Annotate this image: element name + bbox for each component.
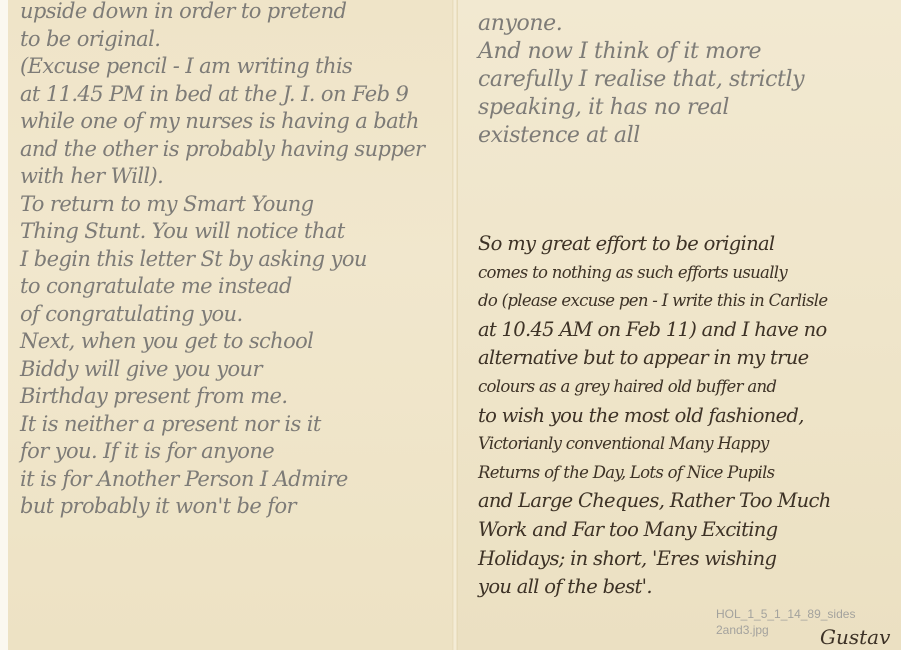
text-line: (Excuse pencil - I am writing this [20, 53, 424, 81]
watermark-line-1: HOL_1_5_1_14_89_sides [716, 606, 855, 622]
text-line: you all of the best'. [478, 573, 831, 602]
text-line: at 10.45 AM on Feb 11) and I have no [478, 316, 831, 345]
text-line: Next, when you get to school [20, 328, 424, 356]
text-line: to be original. [20, 26, 424, 54]
right-page-pencil-text: anyone. And now I think of it more caref… [478, 10, 804, 150]
text-line: speaking, it has no real [478, 94, 804, 122]
text-line: I begin this letter St by asking you [20, 246, 424, 274]
right-page-ink-text: So my great effort to be original comes … [478, 230, 831, 602]
text-line: while one of my nurses is having a bath [20, 108, 424, 136]
text-line: do (please excuse pen - I write this in … [478, 287, 831, 316]
text-line: Returns of the Day, Lots of Nice Pupils [478, 459, 831, 488]
text-line: It is neither a present nor is it [20, 411, 424, 439]
text-line: So my great effort to be original [478, 230, 831, 259]
text-line: alternative but to appear in my true [478, 344, 831, 373]
scan-border [0, 0, 8, 650]
left-page-text: upside down in order to pretend to be or… [20, 0, 424, 521]
text-line: for you. If it is for anyone [20, 438, 424, 466]
text-line: at 11.45 PM in bed at the J. I. on Feb 9 [20, 81, 424, 109]
text-line: Birthday present from me. [20, 383, 424, 411]
text-line: existence at all [478, 122, 804, 150]
text-line: And now I think of it more [478, 38, 804, 66]
text-line: it is for Another Person I Admire [20, 466, 424, 494]
filename-watermark: HOL_1_5_1_14_89_sides 2and3.jpg [716, 606, 855, 638]
text-line: Thing Stunt. You will notice that [20, 218, 424, 246]
text-line: anyone. [478, 10, 804, 38]
text-line: but probably it won't be for [20, 493, 424, 521]
text-line: to congratulate me instead [20, 273, 424, 301]
text-line: with her Will). [20, 163, 424, 191]
text-line: and Large Cheques, Rather Too Much [478, 487, 831, 516]
text-line: and the other is probably having supper [20, 136, 424, 164]
page-fold [452, 0, 458, 650]
text-line: colours as a grey haired old buffer and [478, 373, 831, 402]
text-line: upside down in order to pretend [20, 0, 424, 26]
text-line: of congratulating you. [20, 301, 424, 329]
text-line: Work and Far too Many Exciting [478, 516, 831, 545]
watermark-line-2: 2and3.jpg [716, 622, 855, 638]
text-line: To return to my Smart Young [20, 191, 424, 219]
text-line: comes to nothing as such efforts usually [478, 259, 831, 288]
text-line: to wish you the most old fashioned, [478, 402, 831, 431]
text-line: Biddy will give you your [20, 356, 424, 384]
text-line: Holidays; in short, 'Eres wishing [478, 545, 831, 574]
text-line: Victorianly conventional Many Happy [478, 430, 831, 459]
text-line: carefully I realise that, strictly [478, 66, 804, 94]
